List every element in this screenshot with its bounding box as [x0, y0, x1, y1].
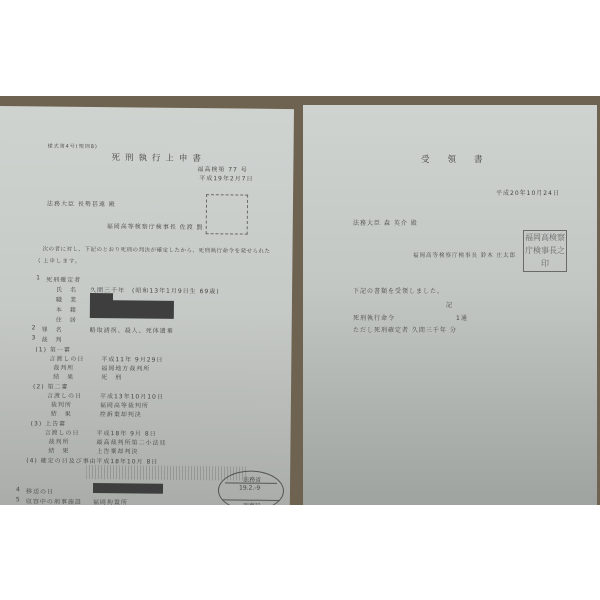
label-facility: 収容中の刑事施設 — [26, 496, 82, 505]
body-line-2: く上申します。 — [36, 256, 81, 264]
execution-request-document: 様式第4号(規則8) 死刑執行上申書 福高検第 77 号 平成19年2月7日 法… — [0, 106, 294, 505]
form-number: 様式第4号(規則8) — [48, 143, 98, 151]
value-crime: 略取誘拐、殺人、死体遺棄 — [90, 325, 174, 335]
redaction-block — [90, 300, 174, 319]
body-text: 下記の書類を受領しました。 — [353, 286, 444, 295]
trial-heading: (3) 上告審 — [31, 418, 67, 427]
trial-result: 控訴棄却判決 — [100, 409, 142, 418]
trial-date-label: 言渡しの日 — [47, 391, 82, 400]
item-number: 5 — [16, 496, 21, 503]
item-note: ただし死刑確定者 久間三千年 分 — [353, 325, 457, 334]
trial-heading: (2) 第二審 — [33, 381, 69, 390]
item-name: 死刑執行命令 — [353, 313, 395, 322]
trial-result: 上告棄却判決 — [96, 446, 138, 455]
trial-court-label: 裁判所 — [53, 363, 74, 372]
trial-date-label: 言渡しの日 — [49, 354, 84, 363]
document-title: 死刑執行上申書 — [111, 151, 206, 164]
label-residence: 住 居 — [56, 315, 77, 324]
trial-result-label: 結 果 — [48, 446, 69, 455]
label-trial: 裁 判 — [42, 334, 63, 343]
stamp-date: 19.2.-9 — [239, 485, 260, 492]
document-photo: 様式第4号(規則8) 死刑執行上申書 福高検第 77 号 平成19年2月7日 法… — [0, 96, 600, 505]
document-title: 受領書 — [421, 153, 501, 165]
official-seal-stamp: 福岡高検察庁検事長之印 — [523, 230, 567, 272]
addressee: 法務大臣 長勢甚遠 殿 — [47, 198, 116, 208]
label-transfer-date: 移送の日 — [26, 486, 54, 495]
ki-heading: 記 — [446, 300, 453, 309]
document-date: 平成19年2月7日 — [199, 173, 253, 183]
item-count: 1通 — [456, 313, 468, 322]
trial-result-label: 結 果 — [51, 409, 72, 418]
label-name: 氏 名 — [56, 285, 77, 294]
item-label-sentenced: 死刑確定者 — [46, 274, 81, 283]
item-number: 4 — [16, 486, 21, 493]
label-crime: 罪 名 — [42, 324, 63, 333]
trial-heading: (1) 第一審 — [35, 344, 71, 353]
trial-date-label: 言渡しの日 — [45, 427, 80, 436]
label-domicile: 本 籍 — [56, 305, 77, 314]
trial-court-label: 裁判所 — [51, 400, 72, 409]
label-occupation: 職 業 — [56, 295, 77, 304]
addressee: 法務大臣 森 英介 殿 — [353, 218, 418, 227]
redaction-block — [93, 483, 163, 494]
body-line-1: 次の者に対し、下記のとおり死刑の判決が確定したから、死刑執行命令を発せられた — [42, 244, 270, 254]
trial-court-label: 裁判所 — [48, 437, 69, 446]
sender: 福岡高等検察庁検事長 佐渡 賢 — [107, 221, 204, 231]
value-facility: 福岡拘置所 — [93, 497, 128, 505]
receipt-document: 受領書 平成20年10月24日 法務大臣 森 英介 殿 福岡高等検察庁検事長 鈴… — [303, 105, 597, 505]
finalization-label: (4) 確定の日及び事由 — [26, 455, 97, 465]
document-date: 平成20年10月24日 — [496, 188, 560, 197]
receipt-date-stamp: 法務省 19.2.-9 刑事局 — [218, 470, 284, 505]
sender: 福岡高等検察庁検事長 鈴木 庄太郎 — [413, 251, 516, 259]
stamp-text: 刑事局 — [243, 501, 261, 505]
item-number: 1 — [36, 274, 41, 281]
item-number: 2 — [32, 324, 37, 331]
item-number: 3 — [32, 334, 37, 341]
fine-print-details — [86, 465, 246, 481]
official-seal-stamp — [206, 194, 248, 234]
trial-result: 死 刑 — [101, 372, 122, 381]
trial-result-label: 結 果 — [53, 372, 74, 381]
